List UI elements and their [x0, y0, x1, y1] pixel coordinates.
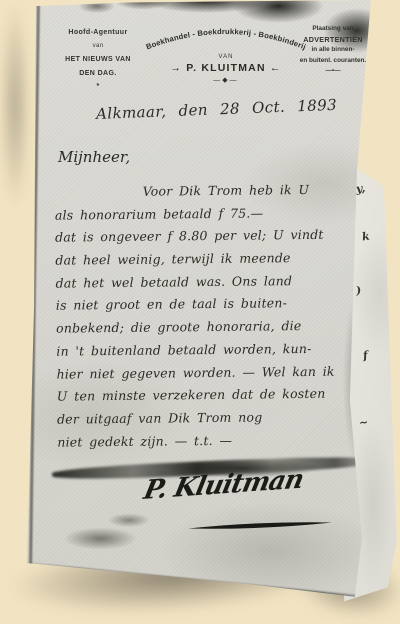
svg-text:Boekhandel - Boekdrukkerij - B: Boekhandel - Boekdrukkerij - Boekbinderi…	[145, 27, 308, 51]
square-ornament-icon: —▪—	[294, 66, 372, 77]
letterhead-right-line: en buitenl. couranten.	[294, 56, 372, 67]
letter-body: Voor Dik Trom heb ik U als honorarium be…	[55, 181, 370, 457]
handwriting-fragment: )	[355, 284, 362, 298]
letterhead-center-block: Boekhandel - Boekdrukkerij - Boekbinderi…	[134, 12, 318, 84]
letterhead-left-line: van	[58, 40, 138, 54]
asterisk-ornament-icon: *	[58, 80, 138, 94]
body-line: dat heel weinig, terwijl ik meende	[55, 249, 367, 275]
letterhead-right-line: Plaatsing van	[294, 24, 372, 35]
body-line: U ten minste verzekeren dat de kosten	[57, 386, 369, 412]
letterhead-left-line: HET NIEUWS VAN	[58, 53, 138, 67]
body-line: als honorarium betaald f 75.—	[55, 204, 367, 230]
paper-edge-left	[29, 5, 40, 565]
body-line: is niet groot en de taal is buiten-	[56, 295, 368, 321]
letterhead-left-line: Hoofd-Agentuur	[58, 26, 138, 40]
publisher-name: → P. KLUITMAN ←	[134, 62, 318, 74]
body-line: der uitgaaf van Dik Trom nog	[57, 408, 369, 434]
salutation: Mijnheer,	[58, 148, 130, 166]
handwriting-fragment: y,	[355, 181, 366, 195]
letterhead-right-line: ADVERTENTIËN	[294, 35, 372, 46]
letterhead-left-line: DEN DAG.	[58, 67, 138, 81]
body-line: niet gedekt zijn. — t.t. —	[57, 431, 369, 457]
body-line: onbekend; die groote honoraria, die	[56, 317, 368, 343]
letterhead-left-block: Hoofd-Agentuur van HET NIEUWS VAN DEN DA…	[58, 26, 138, 94]
body-line: dat het wel betaald was. Ons land	[56, 272, 368, 298]
body-line: hier niet gegeven worden. — Wel kan ik	[56, 363, 368, 389]
drop-shadow-left	[0, 0, 30, 210]
handwriting-fragment: ~	[358, 415, 369, 429]
diamond-ornament-icon: —◆—	[134, 76, 318, 84]
body-line: in 't buitenland betaald worden, kun-	[56, 340, 368, 366]
letterhead-right-block: Plaatsing van ADVERTENTIËN in alle binne…	[294, 24, 372, 77]
body-line: Voor Dik Trom heb ik U	[55, 181, 367, 207]
body-line: dat is ongeveer f 8.80 per vel; U vindt	[55, 227, 367, 253]
date-line: Alkmaar, den 28 Oct. 1893	[96, 95, 356, 123]
arched-title: Boekhandel - Boekdrukkerij - Boekbinderi…	[134, 12, 318, 56]
photograph-of-letter: y, k ) f ~ Hoofd-Agentuur van HET NIEUWS…	[0, 0, 400, 624]
handwriting-fragment: f	[362, 349, 368, 363]
letter-page: Hoofd-Agentuur van HET NIEUWS VAN DEN DA…	[22, 0, 378, 612]
letterhead-right-line: in alle binnen-	[294, 45, 372, 56]
signature-flourish	[185, 514, 336, 538]
letterhead-arc-text: Boekhandel - Boekdrukkerij - Boekbinderi…	[145, 27, 308, 51]
handwriting-fragment: k	[361, 230, 370, 244]
